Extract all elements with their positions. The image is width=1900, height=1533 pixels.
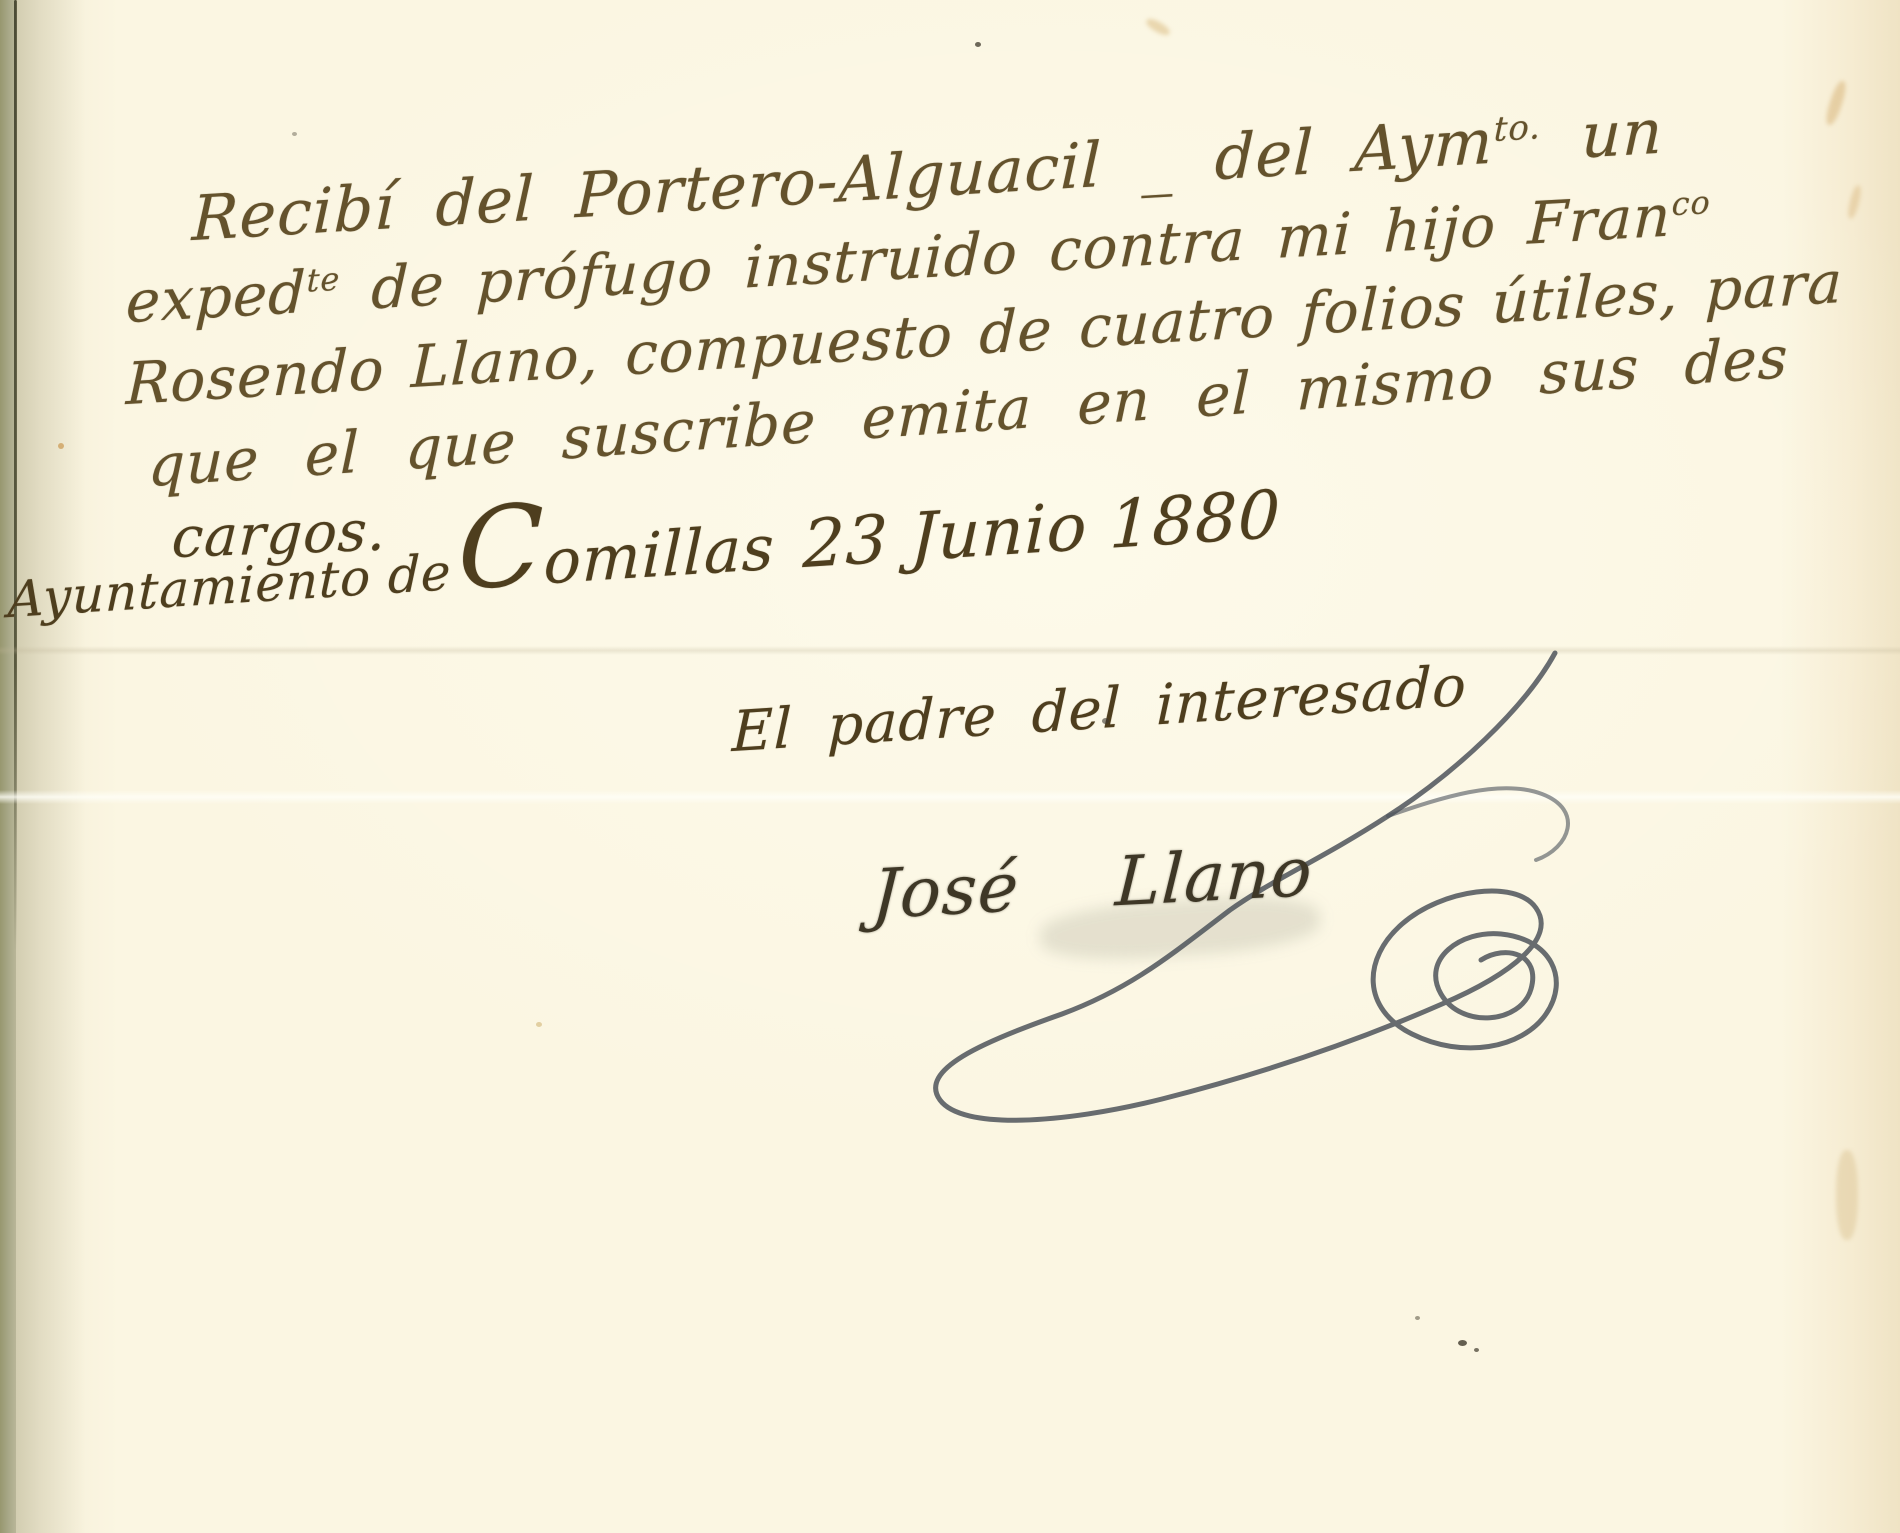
- paper-stain: [1836, 1150, 1858, 1240]
- ink-speck: [975, 42, 981, 47]
- dateline-place: Comillas: [457, 511, 776, 604]
- ink-speck: [1415, 1316, 1420, 1320]
- ink-speck: [1458, 1340, 1467, 1346]
- ink-speck: [1474, 1348, 1479, 1352]
- paper-speck: [536, 1022, 542, 1027]
- ink-speck: [1102, 718, 1109, 724]
- dateline-date: 23 Junio 1880: [802, 476, 1282, 583]
- paper-speck: [58, 443, 64, 449]
- manuscript-page: Recibí del Portero-Alguacil _ del Aymto.…: [0, 0, 1900, 1533]
- gutter-shadow: [16, 0, 86, 1533]
- paper-stain: [1144, 16, 1172, 38]
- paper-stain: [1823, 79, 1849, 126]
- paper-stain: [1846, 184, 1863, 219]
- dateline-municipality: Ayuntamiento de: [7, 543, 452, 629]
- paper-speck: [292, 132, 297, 136]
